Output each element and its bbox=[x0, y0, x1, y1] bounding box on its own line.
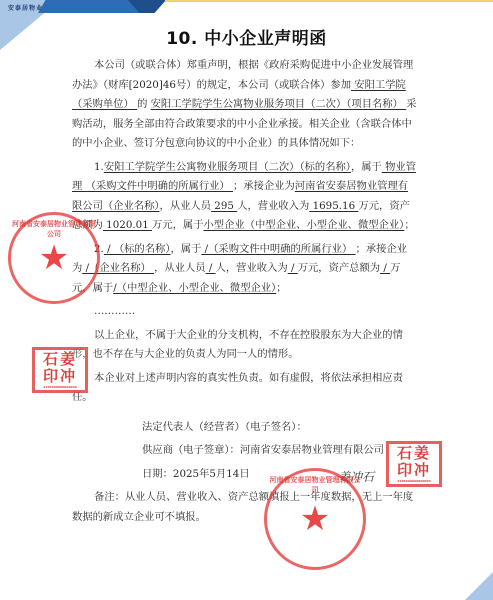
item-1-end: ； bbox=[404, 219, 414, 231]
header-gold-line bbox=[165, 0, 493, 2]
item-1-sep6: 万元，属于 bbox=[152, 219, 203, 231]
item-1-sep1: ，属于 bbox=[351, 161, 382, 173]
item-2-assets: / bbox=[380, 262, 390, 274]
item-2-end: ； bbox=[276, 282, 286, 294]
item-2: 2. / （标的名称），属于 /（采购文件中明确的所属行业） ；承接企业为 /（… bbox=[72, 240, 417, 299]
personal-seal-code: 4105000000000000 bbox=[37, 385, 83, 389]
statement-not-branch: 以上企业，不属于大企业的分支机构，不存在控股股东为大企业的情形，也不存在与大企业… bbox=[72, 326, 417, 365]
item-2-size: /（中型企业、小型企业、微型企业） bbox=[113, 282, 276, 294]
item-2-employees: / bbox=[206, 262, 216, 274]
company-seal-right: 河南省安泰居物业管理有限公司 ★ bbox=[264, 468, 366, 570]
document-body: 本公司（或联合体）郑重声明，根据《政府采购促进中小企业发展管理办法》（财库[20… bbox=[72, 56, 417, 527]
item-1-size: 小型企业（中型企业、小型企业、微型企业） bbox=[204, 219, 405, 231]
intro-of: 的 bbox=[137, 98, 151, 110]
company-logo-text: 安泰居物业 bbox=[8, 3, 43, 12]
ellipsis: ………… bbox=[72, 302, 417, 322]
personal-seal-right-code: 4105000000000000 bbox=[391, 479, 437, 483]
star-icon-right: ★ bbox=[300, 502, 330, 536]
item-1-number: 1. bbox=[94, 161, 104, 173]
item-1-sep4: 人，营业收入为 bbox=[237, 200, 309, 212]
intro-paragraph: 本公司（或联合体）郑重声明，根据《政府采购促进中小企业发展管理办法》（财库[20… bbox=[72, 56, 417, 154]
company-seal-text: 河南省安泰居物业管理有限公司 bbox=[11, 219, 97, 239]
item-2-sep3: ，从业人员 bbox=[154, 262, 205, 274]
date-label: 日期： bbox=[142, 468, 173, 480]
personal-seal-right-line2: 印冲 bbox=[391, 462, 437, 479]
legal-rep-line: 法定代表人（经营者）（电子签名）： bbox=[142, 418, 417, 438]
item-1-subject: 安阳工学院学生公寓物业服务项目（二次）（标的名称） bbox=[104, 161, 351, 173]
date-value: 2025年5月14日 bbox=[173, 468, 250, 480]
company-seal-text-right: 河南省安泰居物业管理有限公司 bbox=[267, 475, 363, 495]
item-1-assets: 1020.01 bbox=[103, 219, 152, 231]
item-1: 1.安阳工学院学生公寓物业服务项目（二次）（标的名称），属于 物业管理 （采购文… bbox=[72, 158, 417, 236]
item-2-sep5: 万元，资产总额为 bbox=[298, 262, 380, 274]
item-2-industry: /（采购文件中明确的所属行业） bbox=[201, 243, 355, 255]
personal-seal-right-line1: 石姜 bbox=[391, 445, 437, 462]
item-1-revenue: 1695.16 bbox=[309, 200, 358, 212]
personal-seal-line2: 印冲 bbox=[37, 368, 83, 385]
project-field: 安阳工学院学生公寓物业服务项目（二次）（项目名称） bbox=[151, 98, 407, 110]
item-1-employees: 295 bbox=[211, 200, 237, 212]
supplier-line: 供应商（电子签章）：河南省安泰居物业管理有限公司 bbox=[142, 441, 417, 461]
personal-seal-left: 石姜 印冲 4105000000000000 bbox=[32, 347, 88, 393]
legal-rep-label: 法定代表人（经营者）（电子签名）： bbox=[142, 421, 307, 433]
item-2-sep4: 人，营业收入为 bbox=[216, 262, 288, 274]
supplier-label: 供应商（电子签章）： bbox=[142, 444, 240, 456]
supplier-name: 河南省安泰居物业管理有限公司 bbox=[240, 444, 384, 456]
star-icon: ★ bbox=[39, 241, 69, 275]
company-seal-left: 河南省安泰居物业管理有限公司 ★ bbox=[8, 212, 100, 304]
footer-corner-decoration bbox=[465, 572, 493, 600]
personal-seal-right: 石姜 印冲 4105000000000000 bbox=[386, 441, 442, 487]
item-2-sep1: ，属于 bbox=[170, 243, 201, 255]
item-1-sep3: ，从业人员 bbox=[160, 200, 211, 212]
item-2-subject: / （标的名称） bbox=[104, 243, 171, 255]
page-title: 10. 中小企业声明函 bbox=[0, 24, 493, 49]
item-2-revenue: / bbox=[288, 262, 298, 274]
personal-seal-line1: 石姜 bbox=[37, 351, 83, 368]
statement-responsibility: 本企业对上述声明内容的真实性负责。如有虚假，将依法承担相应责任。 bbox=[72, 369, 417, 408]
item-1-sep2: ；承接企业为 bbox=[233, 180, 295, 192]
